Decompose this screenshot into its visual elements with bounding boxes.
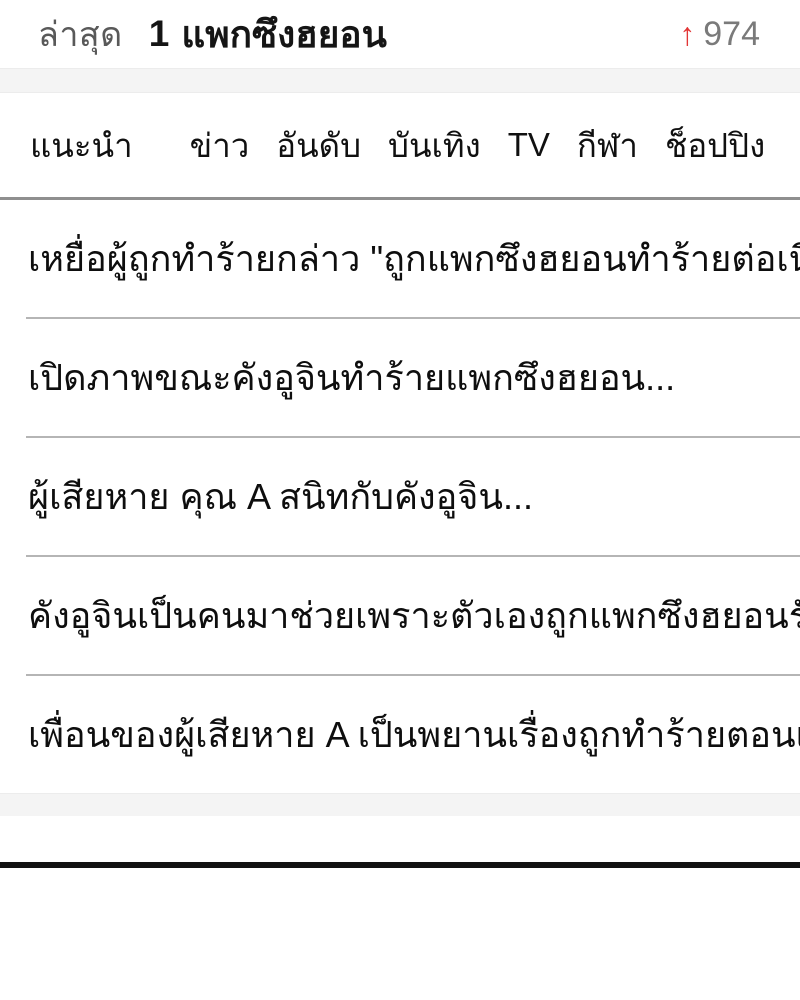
footer-divider-band: [0, 793, 800, 816]
news-headline: คังอูจินเป็นคนมาช่วยเพราะตัวเองถูกแพกซึง…: [28, 587, 800, 644]
news-headline: เพื่อนของผู้เสียหาย A เป็นพยานเรื่องถูกท…: [28, 706, 800, 763]
category-tabbar: แนะนำ ข่าว อันดับ บันเทิง TV กีฬา ช็อปปิ…: [0, 93, 800, 200]
news-list-item[interactable]: เพื่อนของผู้เสียหาย A เป็นพยานเรื่องถูกท…: [0, 676, 800, 793]
tab-sports[interactable]: กีฬา: [577, 119, 638, 172]
news-headline: เปิดภาพขณะคังอูจินทำร้ายแพกซึงฮยอน...: [28, 349, 675, 406]
news-headline: เหยื่อผู้ถูกทำร้ายกล่าว "ถูกแพกซึงฮยอนทำ…: [28, 230, 800, 287]
news-list: เหยื่อผู้ถูกทำร้ายกล่าว "ถูกแพกซึงฮยอนทำ…: [0, 200, 800, 793]
latest-label: ล่าสุด: [38, 7, 123, 61]
footer-empty-area: [0, 868, 800, 1000]
news-list-item[interactable]: คังอูจินเป็นคนมาช่วยเพราะตัวเองถูกแพกซึง…: [0, 557, 800, 674]
tab-news[interactable]: ข่าว: [190, 119, 250, 172]
trending-search-screen: ล่าสุด 1 แพกซึงฮยอน ↑ 974 แนะนำ ข่าว อัน…: [0, 0, 800, 1000]
news-list-item[interactable]: ผู้เสียหาย คุณ A สนิทกับคังอูจิน...: [0, 438, 800, 555]
footer-whitespace: [0, 816, 800, 862]
news-headline: ผู้เสียหาย คุณ A สนิทกับคังอูจิน...: [28, 468, 533, 525]
tab-rankings[interactable]: อันดับ: [276, 119, 361, 172]
tab-tv[interactable]: TV: [508, 126, 550, 164]
keyword-rank: 1: [149, 13, 170, 55]
keyword-title: แพกซึงฮยอน: [181, 5, 387, 64]
news-list-item[interactable]: เหยื่อผู้ถูกทำร้ายกล่าว "ถูกแพกซึงฮยอนทำ…: [0, 200, 800, 317]
trend-count: 974: [703, 15, 760, 54]
tab-recommended[interactable]: แนะนำ: [30, 119, 133, 172]
tab-shopping[interactable]: ช็อปปิง: [665, 119, 765, 172]
trend-up-arrow-icon: ↑: [679, 18, 695, 50]
header: ล่าสุด 1 แพกซึงฮยอน ↑ 974: [0, 0, 800, 68]
tab-entertainment[interactable]: บันเทิง: [388, 119, 481, 172]
news-list-item[interactable]: เปิดภาพขณะคังอูจินทำร้ายแพกซึงฮยอน...: [0, 319, 800, 436]
header-divider-band: [0, 68, 800, 93]
